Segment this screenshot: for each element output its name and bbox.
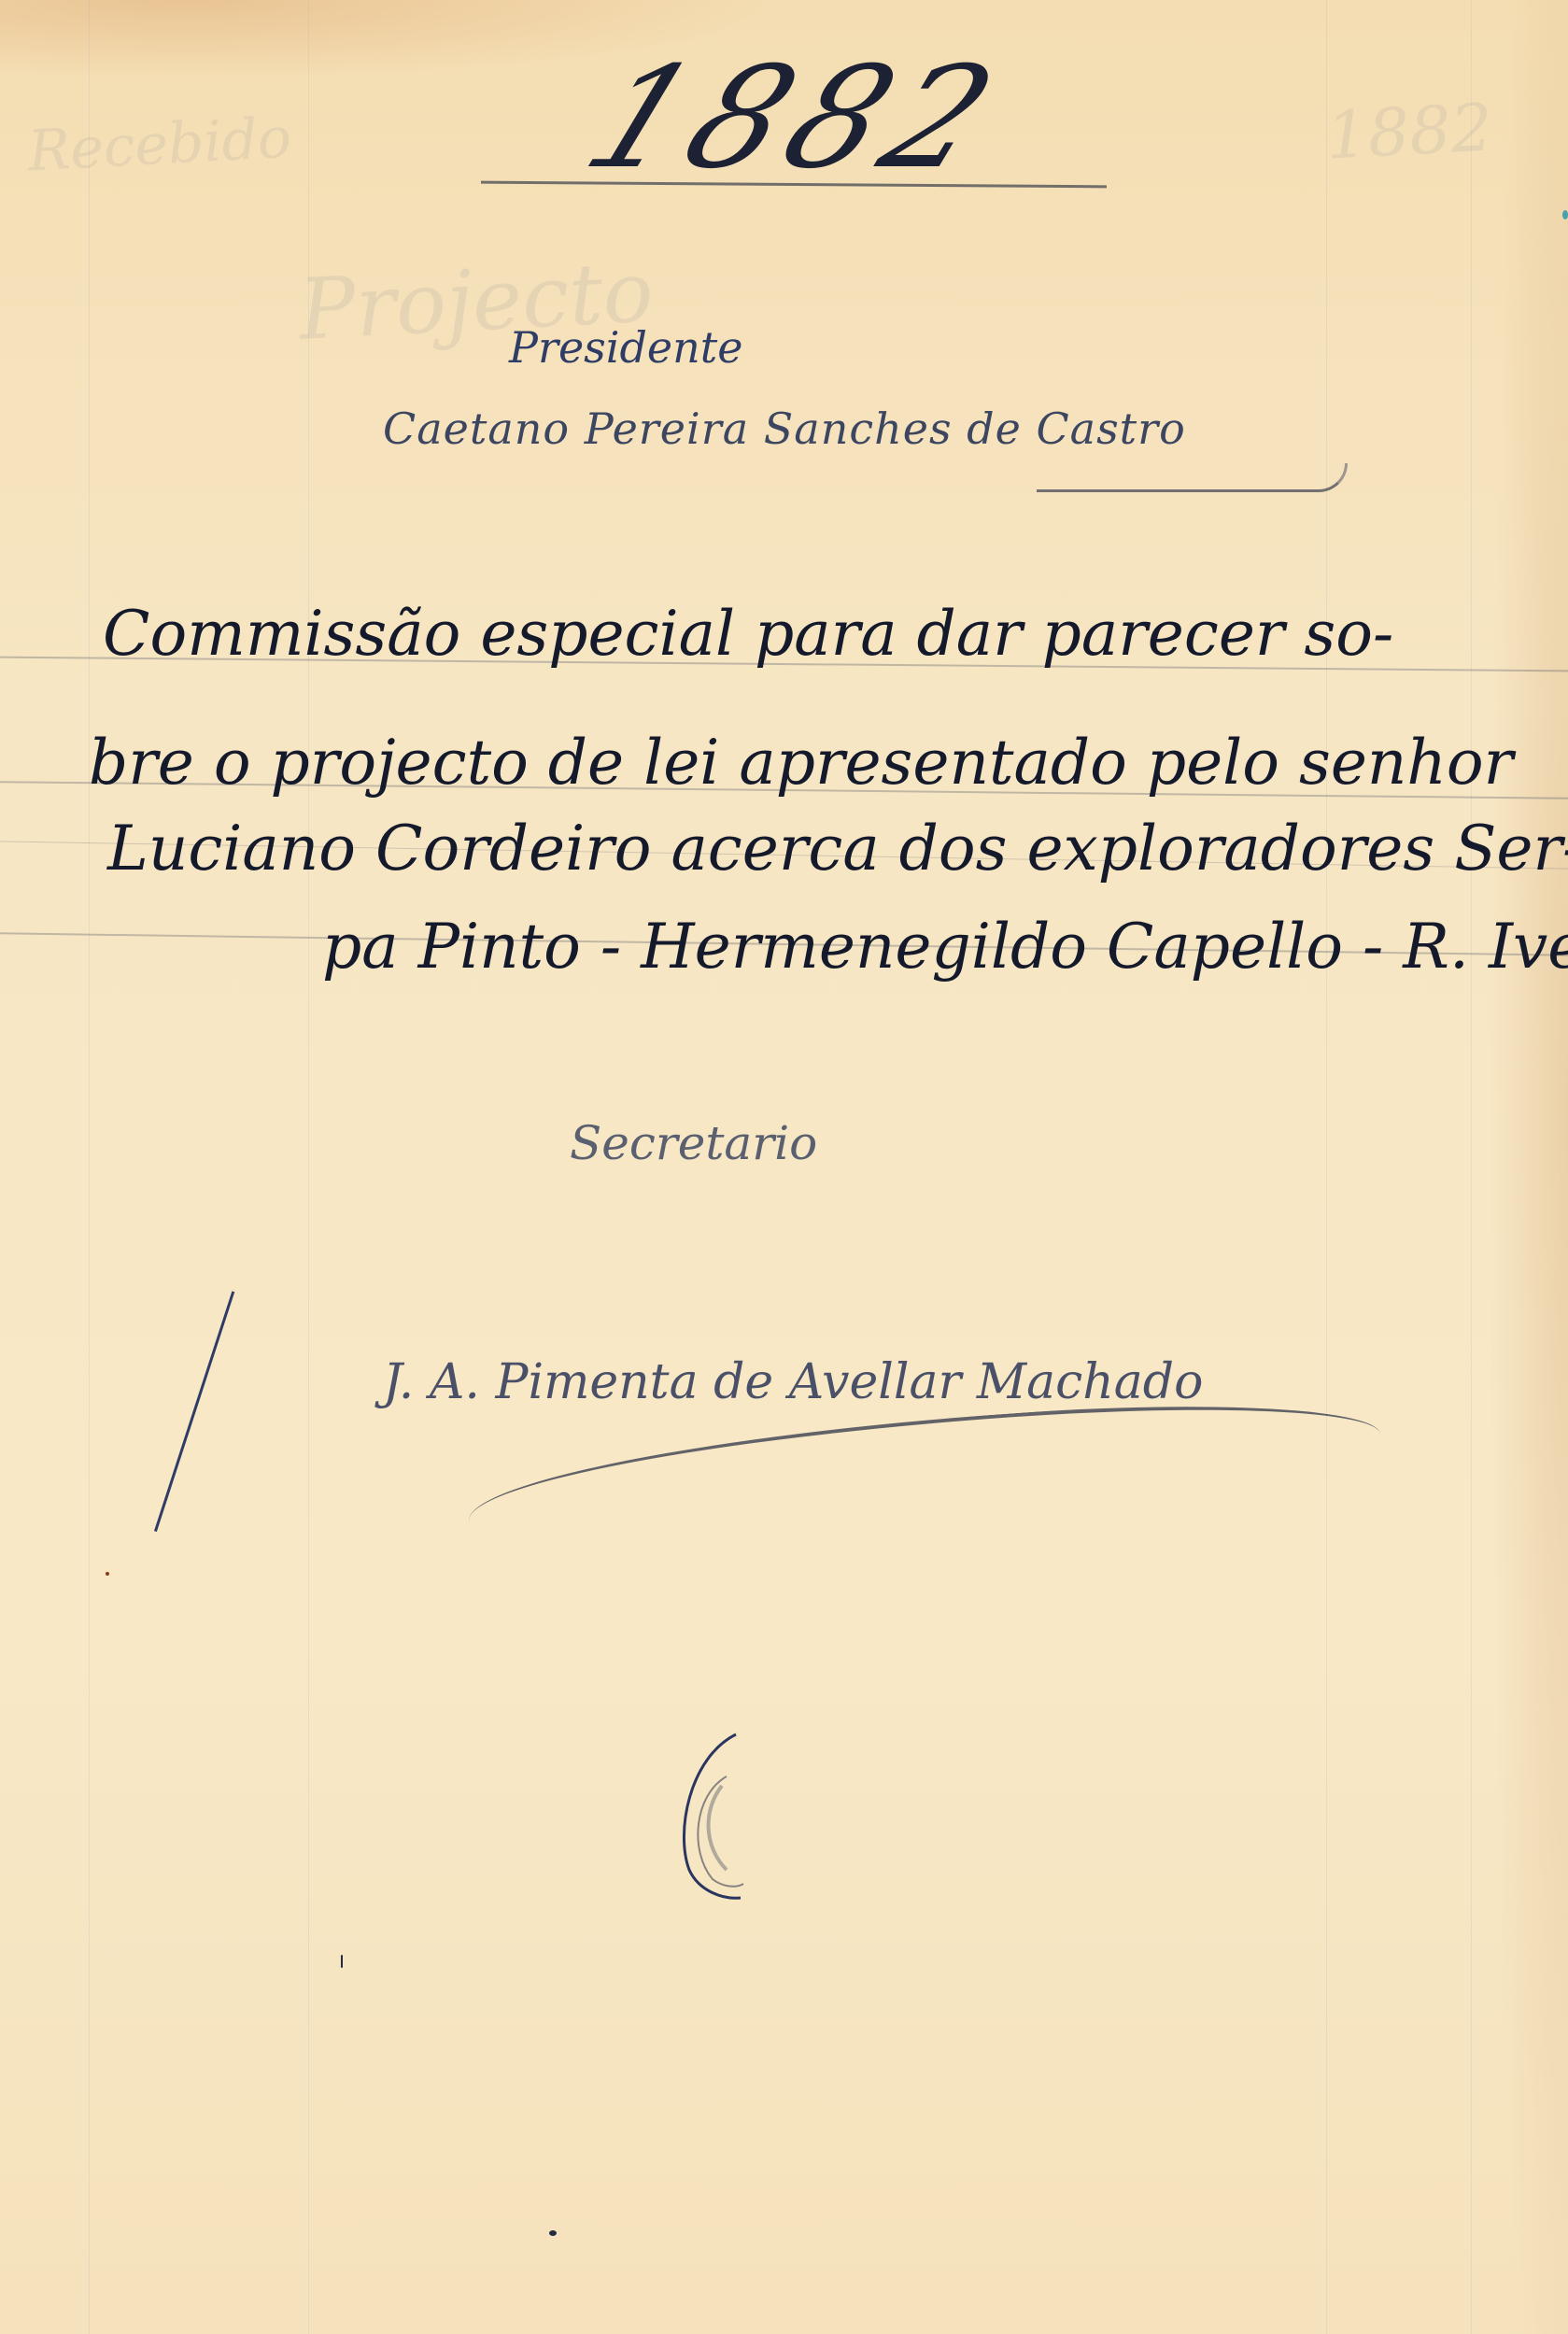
bleedthrough-text: 1882: [1324, 89, 1494, 174]
president-label: Presidente: [509, 322, 742, 373]
signature-flourish: [464, 1388, 1385, 1567]
commission-title-line: Commissão especial para dar parecer so-: [103, 598, 1393, 670]
crescent-sketch-icon: [671, 1730, 745, 1903]
secretary-name: J. A. Pimenta de Avellar Machado: [383, 1354, 1203, 1410]
margin-rule: [1326, 0, 1327, 2334]
margin-rule: [1471, 0, 1472, 2334]
secretary-label: Secretario: [570, 1116, 817, 1170]
signature-flourish: [1037, 463, 1348, 492]
ink-spot: [549, 2230, 557, 2236]
year-heading: 1882: [565, 37, 1024, 200]
president-name: Caetano Pereira Sanches de Castro: [383, 403, 1186, 454]
manuscript-page: Recebido Projecto 1882 1882 Presidente C…: [0, 0, 1568, 2334]
commission-title-line: Luciano Cordeiro acerca dos exploradores…: [107, 813, 1568, 884]
commission-title-line: pa Pinto - Hermenegildo Capello - R. Ive…: [322, 911, 1568, 983]
ink-spot: [341, 1955, 343, 1968]
bleedthrough-text: Recebido: [26, 106, 292, 185]
ink-spot: [106, 1572, 109, 1576]
binding-mark: [1562, 210, 1568, 219]
margin-rule: [89, 0, 90, 2334]
signature-initial-stroke: [154, 1291, 247, 1535]
commission-title-line: bre o projecto de lei apresentado pelo s…: [89, 727, 1513, 799]
